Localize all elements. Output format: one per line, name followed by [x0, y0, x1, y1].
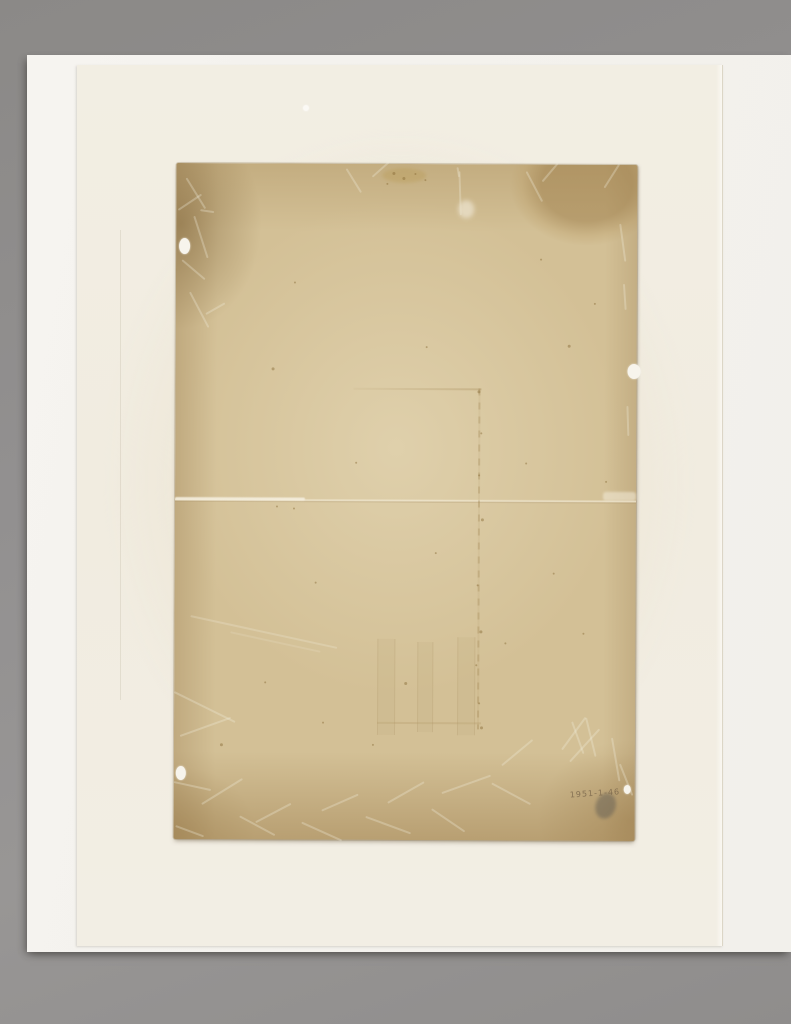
- crease-mark: [193, 216, 208, 259]
- crease-mark: [175, 825, 204, 837]
- pale-abrasion-spot: [458, 200, 474, 218]
- crease-mark: [321, 794, 358, 812]
- crease-mark: [626, 406, 629, 436]
- foxing-speck: [540, 259, 542, 261]
- ghost-column: [377, 639, 395, 735]
- foxing-speck: [479, 630, 482, 633]
- crease-mark: [301, 822, 342, 842]
- foxing-speck: [424, 179, 426, 181]
- foxing-speck: [272, 367, 275, 370]
- crease-mark: [619, 224, 626, 262]
- paper-loss-spot: [179, 238, 190, 254]
- ghost-column: [417, 642, 433, 732]
- crease-mark: [365, 816, 411, 834]
- crease-mark: [181, 259, 205, 280]
- foxing-speck: [504, 642, 506, 644]
- fold-highlight: [175, 497, 305, 501]
- crease-mark: [178, 194, 202, 211]
- crease-mark: [200, 209, 214, 213]
- crease-mark: [201, 778, 243, 805]
- crease-mark: [542, 163, 559, 183]
- foxing-speck: [386, 183, 388, 185]
- foxing-speck: [293, 508, 295, 510]
- crease-mark: [180, 717, 231, 737]
- crease-mark: [604, 164, 621, 189]
- foxing-speck: [435, 552, 437, 554]
- foxing-speck: [220, 743, 223, 746]
- foxing-speck: [480, 726, 483, 729]
- foxing-speck: [553, 573, 555, 575]
- foxing-speck: [477, 584, 479, 586]
- foxing-speck: [481, 518, 484, 521]
- ghost-column: [457, 637, 475, 735]
- foxing-speck: [477, 390, 480, 393]
- foxing-speck: [582, 633, 584, 635]
- crease-mark: [526, 171, 544, 202]
- crease-mark: [501, 739, 533, 766]
- foxing-speck: [605, 481, 607, 483]
- foxing-speck: [404, 682, 407, 685]
- backing-sheet: 1951-1-46: [27, 55, 791, 952]
- foxing-speck: [276, 505, 278, 507]
- crease-mark: [491, 782, 531, 805]
- paper-loss-spot: [628, 364, 641, 379]
- foxing-speck: [568, 345, 571, 348]
- foxing-speck: [594, 303, 596, 305]
- foxing-speck: [294, 282, 296, 284]
- crease-mark: [190, 615, 337, 649]
- crease-mark: [205, 302, 225, 315]
- window-mat: 1951-1-46: [77, 65, 723, 946]
- crease-mark: [431, 808, 465, 832]
- crease-mark: [189, 292, 209, 328]
- mat-crease-line: [120, 230, 121, 700]
- foxing-speck: [475, 664, 477, 666]
- ghost-border-horizontal: [353, 388, 481, 391]
- foxing-speck: [525, 463, 527, 465]
- crease-mark: [387, 781, 424, 804]
- crease-mark: [255, 803, 291, 823]
- foxing-speck: [478, 474, 480, 476]
- paper-loss-spot: [176, 766, 186, 780]
- crease-mark: [174, 781, 212, 791]
- crease-mark: [186, 178, 207, 210]
- foxing-speck: [392, 172, 395, 175]
- mat-white-speck: [303, 105, 309, 111]
- foxing-speck: [372, 744, 374, 746]
- ghost-border-vertical: [477, 388, 480, 729]
- foxing-speck: [414, 173, 416, 175]
- fold-edge-highlight: [603, 492, 636, 501]
- foxing-speck: [426, 346, 428, 348]
- foxing-speck: [480, 432, 482, 434]
- foxing-stain-blob: [382, 168, 426, 183]
- foxing-speck: [478, 702, 480, 704]
- crease-mark: [623, 284, 627, 310]
- foxing-speck: [264, 681, 266, 683]
- foxing-speck: [315, 582, 317, 584]
- drawing-verso-paper: 1951-1-46: [174, 163, 638, 841]
- paper-loss-spot: [624, 785, 631, 794]
- crease-mark: [239, 815, 275, 836]
- foxing-speck: [322, 722, 324, 724]
- crease-mark: [346, 168, 362, 193]
- foxing-speck: [355, 462, 357, 464]
- foxing-speck: [402, 177, 405, 180]
- photo-backdrop: 1951-1-46: [0, 0, 791, 1024]
- crease-mark: [611, 738, 620, 782]
- crease-mark: [441, 775, 491, 794]
